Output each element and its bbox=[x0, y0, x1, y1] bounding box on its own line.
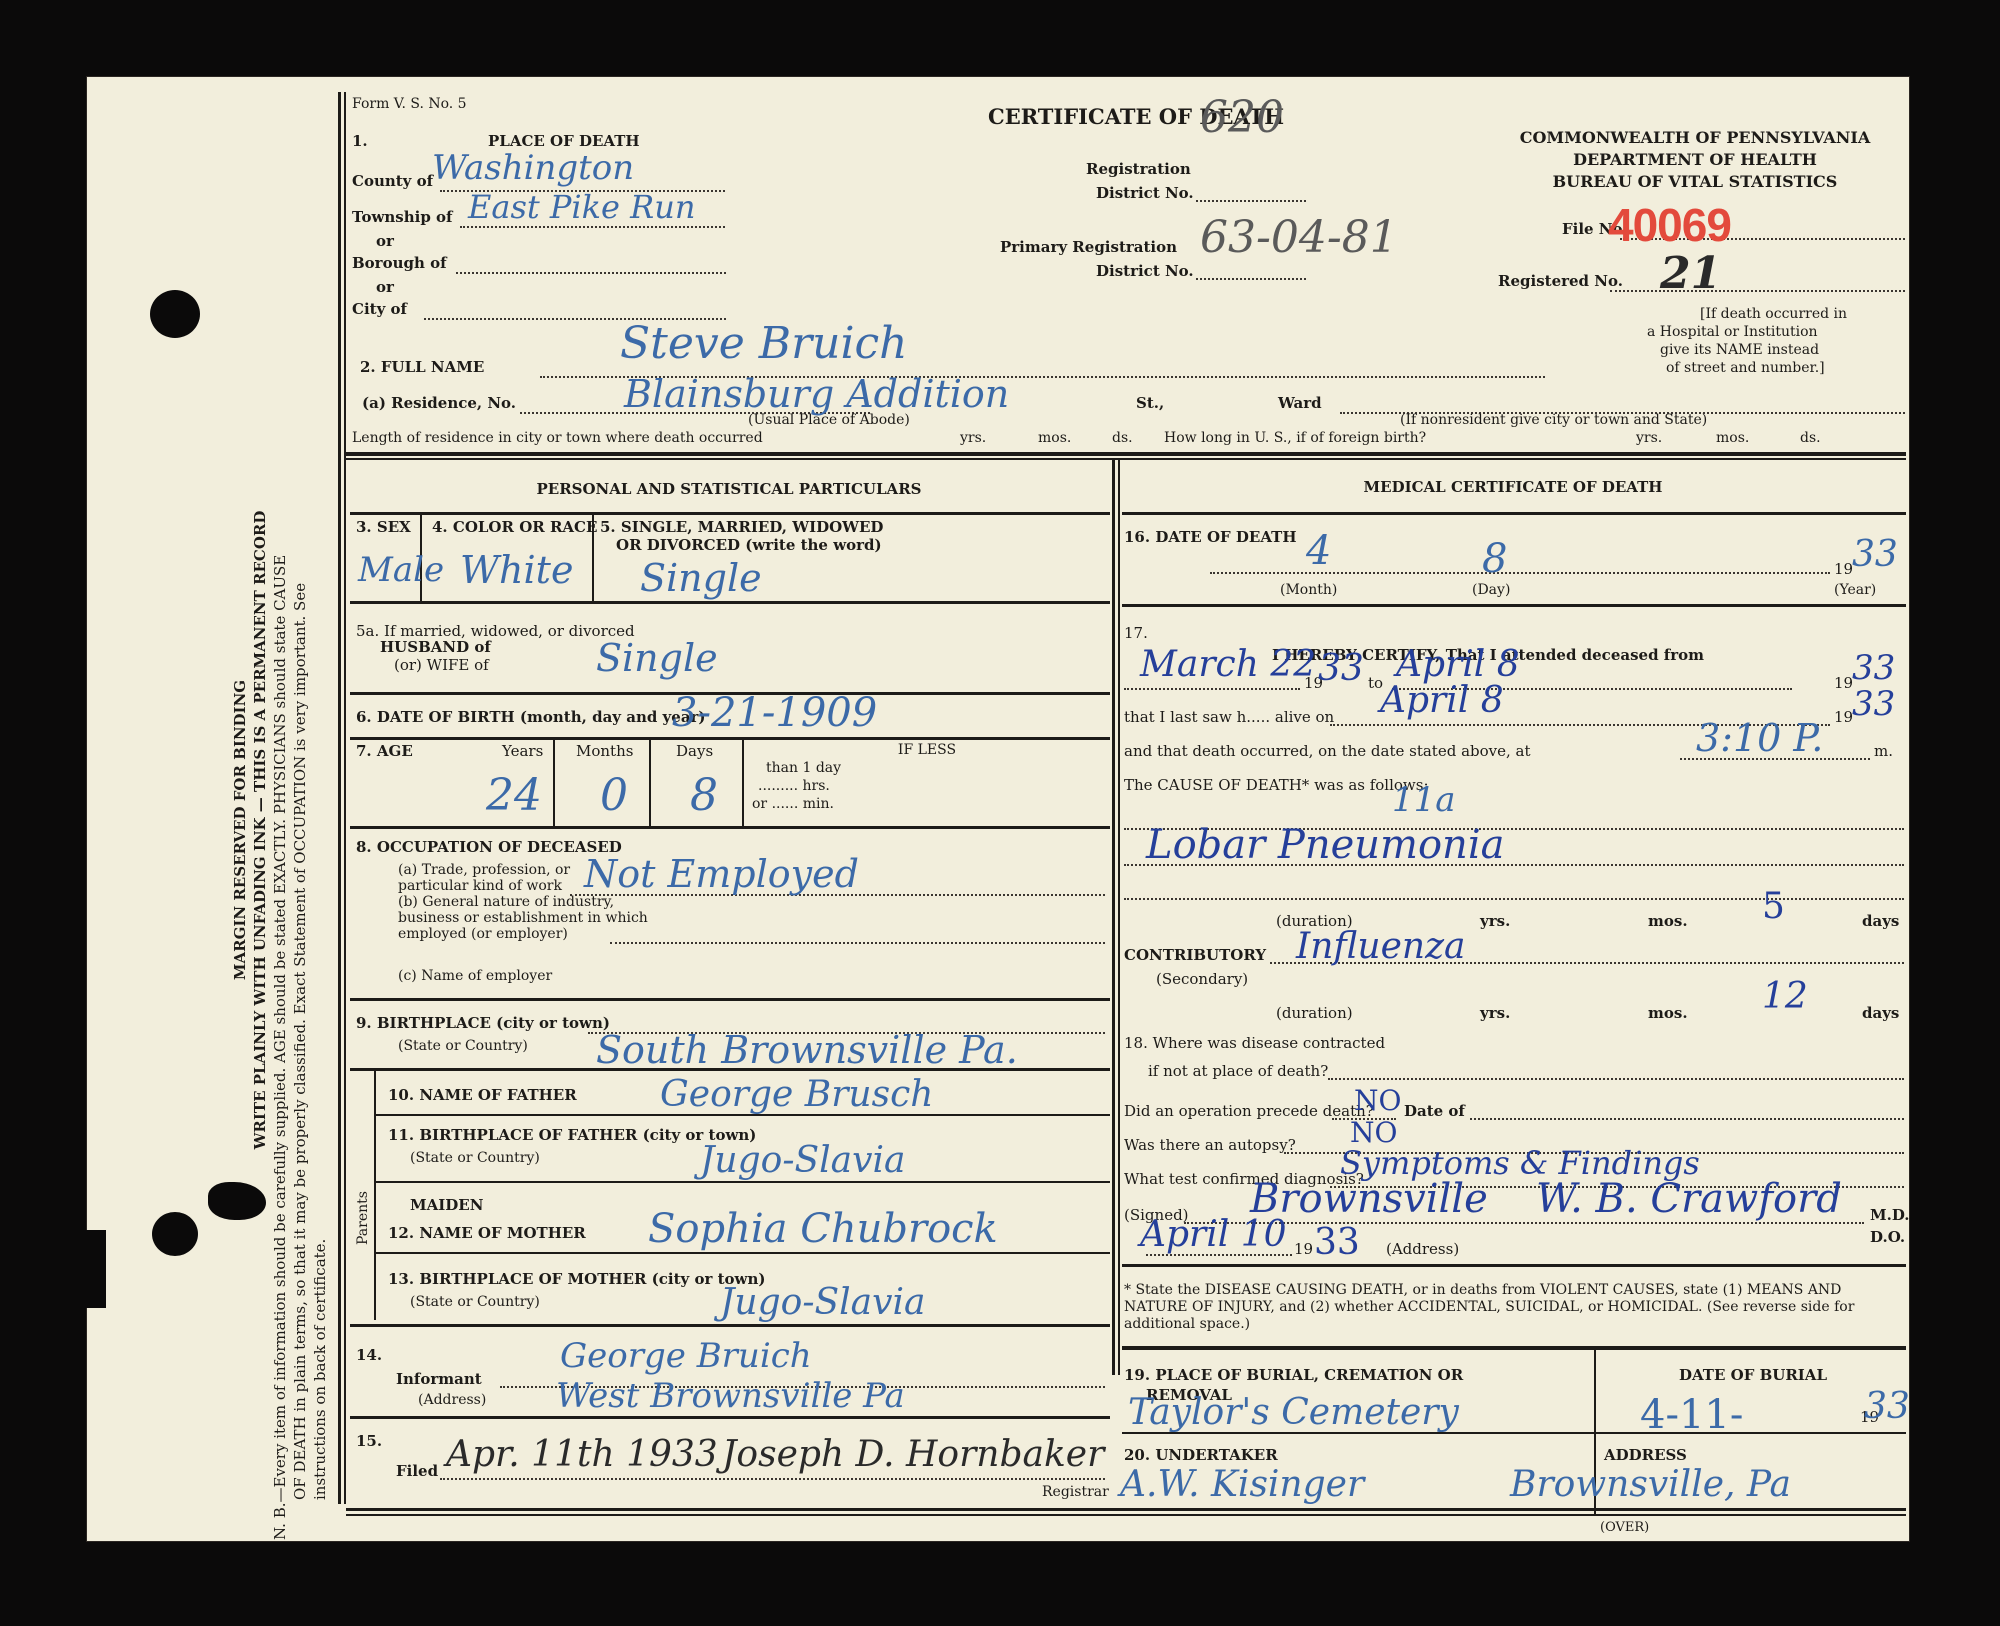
certify-number: 17. bbox=[1124, 624, 1148, 642]
or-label-2: or bbox=[376, 278, 394, 296]
contributory-duration-mos: mos. bbox=[1648, 1004, 1688, 1022]
personal-heading: PERSONAL AND STATISTICAL PARTICULARS bbox=[346, 480, 1112, 498]
divider-row-14 bbox=[350, 1416, 1110, 1419]
undertaker-address-value: Brownsville, Pa bbox=[1510, 1464, 1791, 1505]
attended-to-year: 33 bbox=[1852, 648, 1895, 688]
divider-row-footnote bbox=[1122, 1346, 1906, 1350]
ward-label: Ward bbox=[1278, 394, 1322, 412]
mother-birthplace-state-label: (State or Country) bbox=[410, 1294, 540, 1310]
cause-duration-yrs: yrs. bbox=[1480, 912, 1510, 930]
occupation-a-label-1: (a) Trade, profession, or bbox=[398, 862, 570, 878]
issuer-line-3: BUREAU OF VITAL STATISTICS bbox=[1480, 172, 1910, 191]
primary-district-field[interactable] bbox=[1196, 278, 1306, 280]
marital-value: Single bbox=[640, 556, 762, 600]
divider-row-3 bbox=[350, 601, 1110, 604]
physician-address-label: (Address) bbox=[1386, 1240, 1459, 1258]
do-label: D.O. bbox=[1870, 1228, 1905, 1246]
age-less-hrs: ......... hrs. bbox=[758, 778, 830, 794]
dod-label: 16. DATE OF DEATH bbox=[1124, 528, 1297, 546]
borough-field[interactable] bbox=[456, 272, 726, 274]
divider-row-18 bbox=[1122, 1264, 1906, 1267]
medical-heading: MEDICAL CERTIFICATE OF DEATH bbox=[1120, 478, 1906, 496]
informant-label: Informant bbox=[396, 1370, 482, 1388]
signed-date-value: April 10 bbox=[1140, 1214, 1287, 1255]
occupation-b-label-1: (b) General nature of industry, bbox=[398, 894, 614, 910]
township-field[interactable] bbox=[460, 226, 725, 228]
punch-hole-bottom bbox=[152, 1212, 198, 1256]
age-label: 7. AGE bbox=[356, 742, 413, 760]
cause-code-value: 11a bbox=[1392, 780, 1456, 820]
county-label: County of bbox=[352, 172, 433, 190]
contributory-duration-yrs: yrs. bbox=[1480, 1004, 1510, 1022]
full-name-value: Steve Bruich bbox=[620, 318, 908, 369]
age-months-value: 0 bbox=[600, 770, 628, 821]
divider-row-12 bbox=[376, 1252, 1110, 1254]
undertaker-address-label: ADDRESS bbox=[1604, 1446, 1687, 1464]
divider-top-thin bbox=[346, 458, 1906, 460]
residence-yrs-label: yrs. bbox=[960, 430, 986, 446]
divider-row-7 bbox=[350, 826, 1110, 829]
mother-birthplace-label: 13. BIRTHPLACE OF MOTHER (city or town) bbox=[388, 1270, 765, 1288]
contracted-field[interactable] bbox=[1328, 1078, 1904, 1080]
undertaker-value: A.W. Kisinger bbox=[1120, 1464, 1364, 1505]
torn-edge bbox=[86, 1230, 106, 1308]
death-time-label: and that death occurred, on the date sta… bbox=[1124, 742, 1531, 760]
dod-year-label: (Year) bbox=[1834, 582, 1876, 598]
divider-medical bbox=[1122, 512, 1906, 515]
district-no-label: District No. bbox=[1096, 184, 1194, 202]
contracted-label-2: if not at place of death? bbox=[1148, 1062, 1328, 1080]
occupation-b-field[interactable] bbox=[610, 942, 1105, 944]
dod-year-prefix: 19 bbox=[1834, 560, 1853, 578]
hospital-note-2: a Hospital or Institution bbox=[1647, 324, 1818, 340]
contributory-duration-days-value: 12 bbox=[1762, 976, 1808, 1017]
filed-label: Filed bbox=[396, 1462, 438, 1480]
last-saw-year-prefix: 19 bbox=[1834, 708, 1853, 726]
age-col-3 bbox=[742, 740, 744, 828]
contributory-duration-label: (duration) bbox=[1276, 1004, 1353, 1022]
cause-duration-days-value: 5 bbox=[1762, 886, 1785, 927]
filed-field[interactable] bbox=[440, 1478, 1105, 1480]
mother-label: 12. NAME OF MOTHER bbox=[388, 1224, 586, 1242]
county-value: Washington bbox=[432, 148, 634, 188]
cause-line-3[interactable] bbox=[1124, 898, 1904, 900]
father-value: George Brusch bbox=[660, 1074, 933, 1115]
attended-from-value: March 22 bbox=[1140, 644, 1316, 685]
signed-year-value: 33 bbox=[1314, 1222, 1360, 1263]
how-long-us-label: How long in U. S., if of foreign birth? bbox=[1164, 430, 1426, 446]
age-days-value: 8 bbox=[690, 770, 718, 821]
age-months-label: Months bbox=[576, 742, 633, 760]
birthplace-label: 9. BIRTHPLACE (city or town) bbox=[356, 1014, 610, 1032]
registered-no-label: Registered No. bbox=[1498, 272, 1623, 290]
us-yrs-label: yrs. bbox=[1636, 430, 1662, 446]
registered-no-field[interactable] bbox=[1610, 290, 1905, 292]
residence-ds-label: ds. bbox=[1112, 430, 1133, 446]
handwritten-number: 620 bbox=[1200, 92, 1284, 143]
attended-to-year-prefix: 19 bbox=[1834, 674, 1853, 692]
nonresident-note: (If nonresident give city or town and St… bbox=[1400, 412, 1707, 428]
cause-duration-mos: mos. bbox=[1648, 912, 1688, 930]
township-value: East Pike Run bbox=[468, 188, 695, 226]
age-years-label: Years bbox=[502, 742, 543, 760]
contracted-label-1: 18. Where was disease contracted bbox=[1124, 1034, 1385, 1052]
father-birthplace-state-label: (State or Country) bbox=[410, 1150, 540, 1166]
frame-left-border bbox=[338, 92, 341, 1504]
punch-hole-top bbox=[150, 290, 200, 338]
occupation-b-label-2: business or establishment in which bbox=[398, 910, 648, 926]
age-less-label-1: IF LESS bbox=[746, 742, 1108, 758]
parents-bracket bbox=[374, 1070, 376, 1320]
cause-duration-days-label: days bbox=[1862, 912, 1899, 930]
or-label-1: or bbox=[376, 232, 394, 250]
informant-value: George Bruich bbox=[560, 1336, 812, 1376]
cause-of-death-value: Lobar Pneumonia bbox=[1146, 822, 1504, 868]
dod-day-value: 8 bbox=[1482, 536, 1507, 582]
contributory-duration-days-label: days bbox=[1862, 1004, 1899, 1022]
death-time-m-label: m. bbox=[1874, 742, 1893, 760]
form-number: Form V. S. No. 5 bbox=[352, 96, 467, 112]
sex-value: Male bbox=[358, 550, 444, 590]
contributory-label: CONTRIBUTORY bbox=[1124, 946, 1266, 964]
dod-month-value: 4 bbox=[1306, 528, 1331, 574]
last-saw-value: April 8 bbox=[1380, 680, 1504, 721]
occupation-a-value: Not Employed bbox=[584, 852, 859, 896]
marital-label-2: OR DIVORCED (write the word) bbox=[616, 536, 882, 554]
informant-address-label: (Address) bbox=[418, 1392, 486, 1408]
abode-note: (Usual Place of Abode) bbox=[748, 412, 910, 428]
center-divider-inner bbox=[1118, 460, 1120, 1375]
divider-row-9 bbox=[350, 1068, 1110, 1071]
hospital-note-1: [If death occurred in bbox=[1700, 306, 1847, 322]
informant-address-value: West Brownsville Pa bbox=[556, 1376, 905, 1416]
registrar-label: Registrar bbox=[1042, 1484, 1109, 1500]
md-label: M.D. bbox=[1870, 1206, 1910, 1224]
length-residence-label: Length of residence in city or town wher… bbox=[352, 430, 763, 446]
burial-date-label: DATE OF BURIAL bbox=[1600, 1366, 1906, 1384]
dod-month-label: (Month) bbox=[1280, 582, 1337, 598]
residence-value: Blainsburg Addition bbox=[624, 372, 1009, 416]
divider-row-19 bbox=[1122, 1432, 1906, 1434]
undertaker-label: 20. UNDERTAKER bbox=[1124, 1446, 1278, 1464]
death-time-value: 3:10 P. bbox=[1696, 716, 1823, 760]
street-label: St., bbox=[1136, 394, 1164, 412]
age-col-2 bbox=[649, 740, 651, 828]
secondary-label: (Secondary) bbox=[1156, 970, 1248, 988]
age-years-value: 24 bbox=[486, 770, 542, 821]
occupation-label: 8. OCCUPATION OF DECEASED bbox=[356, 838, 622, 856]
last-saw-year: 33 bbox=[1852, 684, 1895, 724]
cause-line-2[interactable] bbox=[1124, 864, 1904, 866]
burial-year-value: 33 bbox=[1864, 1386, 1910, 1427]
mother-value: Sophia Chubrock bbox=[648, 1206, 998, 1252]
frame-left-border-inner bbox=[344, 92, 346, 1504]
city-label: City of bbox=[352, 300, 407, 318]
occupation-b-label-3: employed (or employer) bbox=[398, 926, 568, 942]
divider-row-11 bbox=[376, 1181, 1110, 1183]
primary-district-value: 63-04-81 bbox=[1200, 212, 1398, 263]
margin-instructions: MARGIN RESERVED FOR BINDING WRITE PLAINL… bbox=[230, 120, 330, 1540]
operation-value: NO bbox=[1354, 1084, 1401, 1117]
filed-number: 15. bbox=[356, 1432, 382, 1450]
registrar-signature: Joseph D. Hornbaker bbox=[722, 1434, 1104, 1475]
over-label: (OVER) bbox=[1600, 1520, 1649, 1535]
primary-registration-label: Primary Registration bbox=[1000, 238, 1177, 256]
cause-footnote: * State the DISEASE CAUSING DEATH, or in… bbox=[1124, 1282, 1900, 1333]
parents-label: Parents bbox=[355, 1191, 371, 1245]
physician-signature: W. B. Crawford bbox=[1536, 1176, 1842, 1222]
divider-row-6 bbox=[350, 737, 1110, 740]
occupation-a-label-2: particular kind of work bbox=[398, 878, 562, 894]
divider-bottom-thin bbox=[346, 1514, 1906, 1516]
issuer-line-1: COMMONWEALTH OF PENNSYLVANIA bbox=[1480, 128, 1910, 147]
divider-row-8 bbox=[350, 998, 1110, 1001]
attended-from-year: 33 bbox=[1318, 648, 1364, 689]
residence-label: (a) Residence, No. bbox=[362, 394, 516, 412]
age-less-min: or ...... min. bbox=[752, 796, 834, 812]
attended-to-value: April 8 bbox=[1396, 644, 1520, 685]
full-name-label: 2. FULL NAME bbox=[360, 358, 484, 376]
burial-place-value: Taylor's Cemetery bbox=[1128, 1392, 1459, 1433]
age-days-label: Days bbox=[676, 742, 713, 760]
residence-mos-label: mos. bbox=[1038, 430, 1071, 446]
sex-label: 3. SEX bbox=[356, 518, 411, 536]
dod-field[interactable] bbox=[1210, 572, 1830, 574]
operation-date-label: Date of bbox=[1404, 1102, 1465, 1120]
birthplace-state-label: (State or Country) bbox=[398, 1038, 528, 1054]
hospital-note-3: give its NAME instead bbox=[1660, 342, 1819, 358]
maiden-label: MAIDEN bbox=[410, 1196, 483, 1214]
divider-bottom-thick bbox=[346, 1508, 1906, 1511]
dod-year-value: 33 bbox=[1852, 534, 1898, 575]
dob-label: 6. DATE OF BIRTH (month, day and year) bbox=[356, 708, 706, 726]
informant-number: 14. bbox=[356, 1346, 382, 1364]
age-less-label-2: than 1 day bbox=[766, 760, 841, 776]
divider-personal bbox=[350, 512, 1110, 515]
divider-row-13 bbox=[350, 1324, 1110, 1327]
birthplace-value: South Brownsville Pa. bbox=[596, 1028, 1018, 1072]
divider-top-thick bbox=[346, 452, 1906, 456]
race-col-divider bbox=[592, 515, 594, 601]
issuer-line-2: DEPARTMENT OF HEALTH bbox=[1480, 150, 1910, 169]
registration-label: Registration bbox=[1086, 160, 1191, 178]
divider-row-10 bbox=[376, 1114, 1110, 1116]
age-col-1 bbox=[553, 740, 555, 828]
contributory-value: Influenza bbox=[1296, 926, 1466, 967]
spouse-value: Single bbox=[596, 636, 718, 680]
autopsy-label: Was there an autopsy? bbox=[1124, 1136, 1296, 1154]
file-no-stamp: 40069 bbox=[1608, 198, 1731, 252]
section-1-number: 1. bbox=[352, 132, 368, 150]
cause-of-death-label: The CAUSE OF DEATH* was as follows: bbox=[1124, 776, 1429, 794]
registered-no-value: 21 bbox=[1660, 248, 1721, 299]
us-ds-label: ds. bbox=[1800, 430, 1821, 446]
center-divider bbox=[1112, 460, 1115, 1375]
marital-label-1: 5. SINGLE, MARRIED, WIDOWED bbox=[600, 518, 883, 536]
spouse-label-2: HUSBAND of bbox=[380, 638, 491, 656]
race-label: 4. COLOR OR RACE bbox=[432, 518, 597, 536]
township-label: Township of bbox=[352, 208, 452, 226]
signed-year-prefix: 19 bbox=[1294, 1240, 1313, 1258]
filed-date-value: Apr. 11th 1933 bbox=[446, 1434, 718, 1475]
dod-day-label: (Day) bbox=[1472, 582, 1510, 598]
borough-label: Borough of bbox=[352, 254, 447, 272]
mother-birthplace-value: Jugo-Slavia bbox=[720, 1282, 925, 1323]
registration-district-field[interactable] bbox=[1196, 200, 1306, 202]
dob-value: 3-21-1909 bbox=[672, 690, 877, 736]
last-saw-label: that I last saw h..... alive on bbox=[1124, 708, 1334, 726]
father-birthplace-value: Jugo-Slavia bbox=[700, 1140, 905, 1181]
occupation-c-label: (c) Name of employer bbox=[398, 968, 552, 984]
us-mos-label: mos. bbox=[1716, 430, 1749, 446]
attended-from-field[interactable] bbox=[1124, 688, 1300, 690]
father-label: 10. NAME OF FATHER bbox=[388, 1086, 577, 1104]
primary-district-no-label: District No. bbox=[1096, 262, 1194, 280]
hospital-note-4: of street and number.] bbox=[1666, 360, 1825, 376]
burial-place-label: 19. PLACE OF BURIAL, CREMATION OR bbox=[1124, 1366, 1463, 1384]
race-value: White bbox=[460, 548, 573, 592]
operation-date-field[interactable] bbox=[1470, 1118, 1904, 1120]
spouse-label-3: (or) WIFE of bbox=[394, 656, 489, 674]
divider-row-16 bbox=[1122, 604, 1906, 607]
